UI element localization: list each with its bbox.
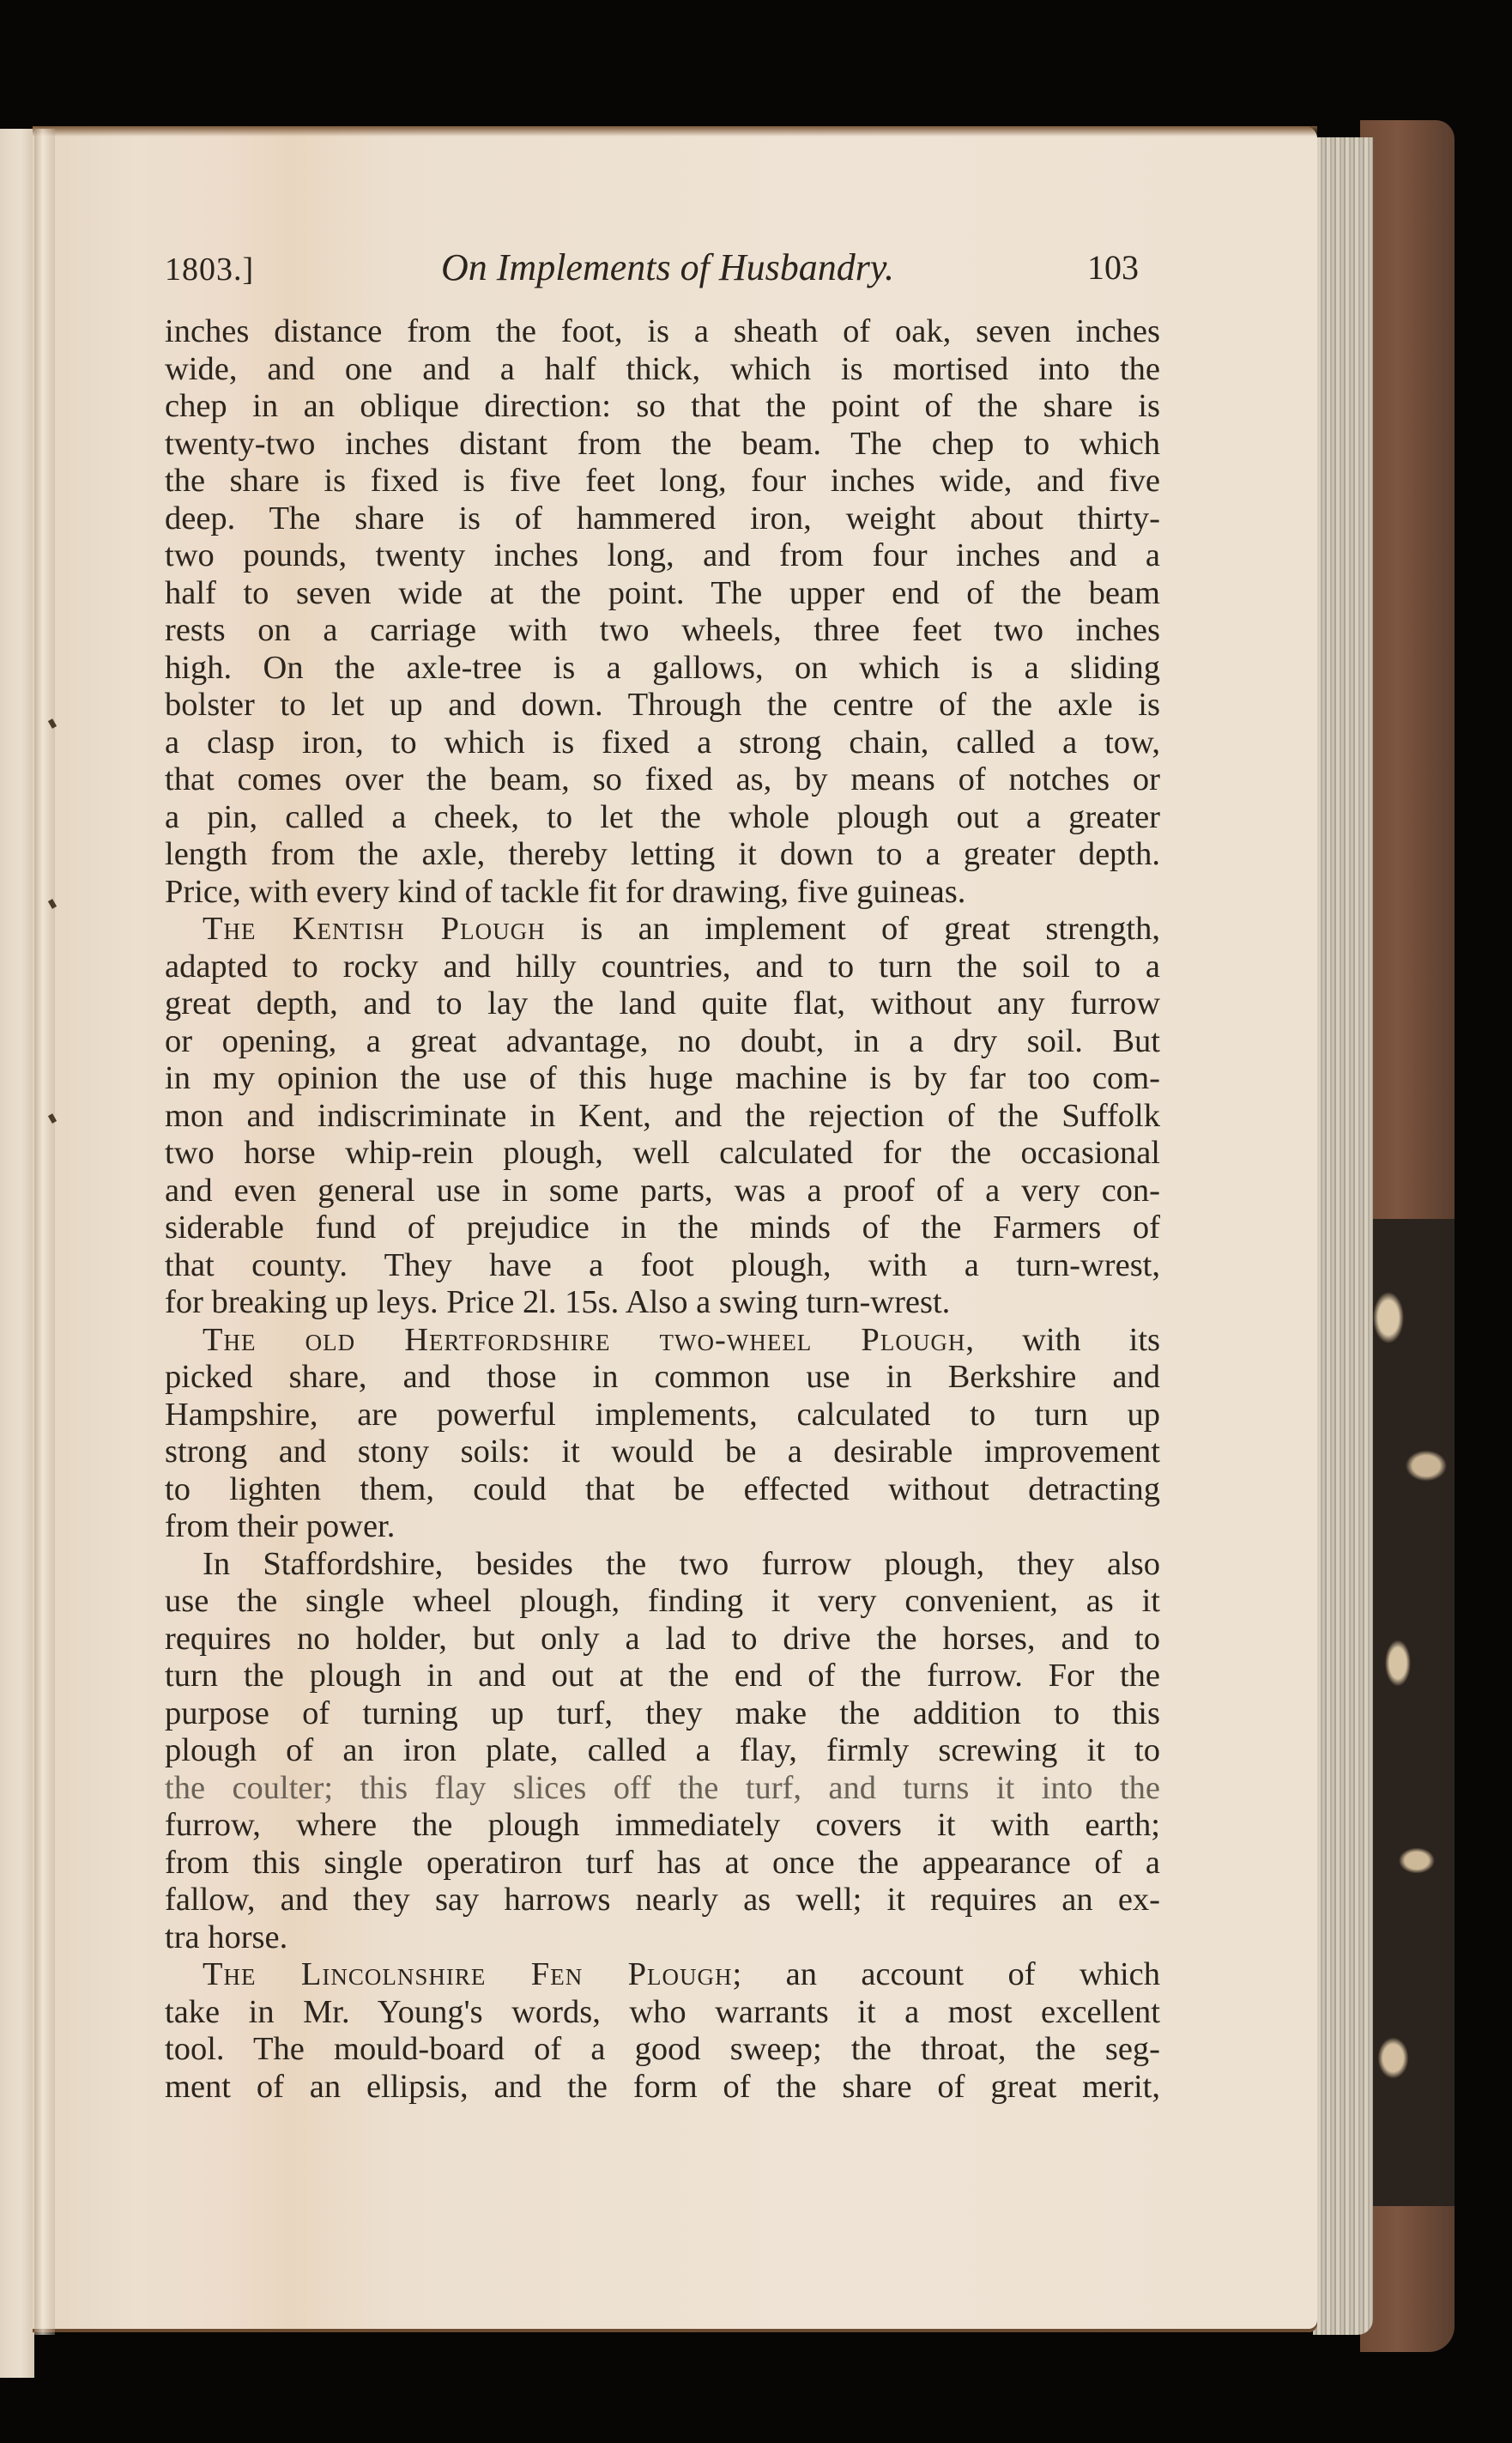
- text-line: two horse whip-rein plough, well calcula…: [165, 1135, 1160, 1173]
- text-line: to lighten them, could that be effected …: [165, 1471, 1160, 1509]
- paragraph-kentish-plough: The Kentish Plough is an implement of gr…: [165, 911, 1160, 1322]
- paragraph-staffordshire: In Staffordshire, besides the two furrow…: [165, 1546, 1160, 1957]
- gutter: [34, 129, 55, 2335]
- text-line: turn the plough in and out at the end of…: [165, 1658, 1160, 1695]
- marbled-board: [1360, 1219, 1455, 2206]
- text-line: tool. The mould-board of a good sweep; t…: [165, 2031, 1160, 2069]
- text-line: inches distance from the foot, is a shea…: [165, 313, 1160, 351]
- book-cover-edge: [1360, 120, 1455, 2352]
- text-line: purpose of turning up turf, they make th…: [165, 1695, 1160, 1733]
- text-line: The Lincolnshire Fen Plough; an account …: [165, 1956, 1160, 1994]
- text-line: tra horse.: [165, 1919, 1160, 1957]
- text-line: and even general use in some parts, was …: [165, 1173, 1160, 1210]
- text-line: chep in an oblique direction: so that th…: [165, 388, 1160, 426]
- section-heading: The old Hertfordshire two-wheel Plough: [203, 1322, 965, 1358]
- text-line: length from the axle, thereby letting it…: [165, 836, 1160, 874]
- text-line: requires no holder, but only a lad to dr…: [165, 1621, 1160, 1658]
- facing-page-edge: [0, 129, 34, 2378]
- running-head: 1803.] On Implements of Husbandry. 103: [165, 242, 1164, 285]
- text-line: that comes over the beam, so fixed as, b…: [165, 761, 1160, 799]
- text-line: deep. The share is of hammered iron, wei…: [165, 500, 1160, 538]
- text-line: a pin, called a cheek, to let the whole …: [165, 799, 1160, 837]
- text-line: high. On the axle-tree is a gallows, on …: [165, 650, 1160, 688]
- text-line: adapted to rocky and hilly countries, an…: [165, 949, 1160, 986]
- text-line: from this single operatiron turf has at …: [165, 1845, 1160, 1882]
- paragraph: inches distance from the foot, is a shea…: [165, 313, 1160, 911]
- text-line: mon and indiscriminate in Kent, and the …: [165, 1098, 1160, 1136]
- text-line: Price, with every kind of tackle fit for…: [165, 874, 1160, 912]
- page-number: 103: [1087, 247, 1139, 288]
- text-line: bolster to let up and down. Through the …: [165, 687, 1160, 724]
- text-line: from their power.: [165, 1508, 1160, 1546]
- page-fore-edges: [1313, 137, 1373, 2335]
- text-run: is an implement of great strength,: [546, 911, 1160, 947]
- section-heading: The Lincolnshire Fen Plough: [203, 1956, 733, 1992]
- text-line: The Kentish Plough is an implement of gr…: [165, 911, 1160, 949]
- text-line: take in Mr. Young's words, who warrants …: [165, 1994, 1160, 2032]
- text-line: siderable fund of prejudice in the minds…: [165, 1209, 1160, 1247]
- text-line: the coulter; this flay slices off the tu…: [165, 1770, 1160, 1808]
- text-line: The old Hertfordshire two-wheel Plough, …: [165, 1322, 1160, 1360]
- text-line: strong and stony soils: it would be a de…: [165, 1434, 1160, 1471]
- text-line: or opening, a great advantage, no doubt,…: [165, 1023, 1160, 1061]
- text-line: plough of an iron plate, called a flay, …: [165, 1732, 1160, 1770]
- text-line: great depth, and to lay the land quite f…: [165, 985, 1160, 1023]
- text-line: half to seven wide at the point. The upp…: [165, 575, 1160, 613]
- text-line: rests on a carriage with two wheels, thr…: [165, 612, 1160, 650]
- running-head-title: On Implements of Husbandry.: [441, 246, 894, 289]
- text-line: for breaking up leys. Price 2l. 15s. Als…: [165, 1284, 1160, 1322]
- text-line: furrow, where the plough immediately cov…: [165, 1807, 1160, 1845]
- text-line: twenty-two inches distant from the beam.…: [165, 426, 1160, 464]
- text-line: fallow, and they say harrows nearly as w…: [165, 1882, 1160, 1919]
- text-line: use the single wheel plough, finding it …: [165, 1583, 1160, 1621]
- text-line: two pounds, twenty inches long, and from…: [165, 537, 1160, 575]
- text-line: a clasp iron, to which is fixed a strong…: [165, 724, 1160, 762]
- paragraph-lincolnshire-fen-plough: The Lincolnshire Fen Plough; an account …: [165, 1956, 1160, 2106]
- paragraph-hertfordshire-plough: The old Hertfordshire two-wheel Plough, …: [165, 1322, 1160, 1546]
- text-line: In Staffordshire, besides the two furrow…: [165, 1546, 1160, 1584]
- text-line: the share is fixed is five feet long, fo…: [165, 463, 1160, 500]
- text-line: ment of an ellipsis, and the form of the…: [165, 2069, 1160, 2107]
- body-text: inches distance from the foot, is a shea…: [165, 313, 1160, 2106]
- text-run: , with its: [965, 1322, 1160, 1358]
- text-line: that county. They have a foot plough, wi…: [165, 1247, 1160, 1285]
- text-line: in my opinion the use of this huge machi…: [165, 1060, 1160, 1098]
- section-heading: The Kentish Plough: [203, 911, 546, 947]
- text-line: picked share, and those in common use in…: [165, 1359, 1160, 1397]
- running-head-year: 1803.]: [165, 251, 254, 288]
- text-run: ; an account of which: [733, 1956, 1161, 1992]
- text-line: Hampshire, are powerful implements, calc…: [165, 1397, 1160, 1434]
- text-line: wide, and one and a half thick, which is…: [165, 351, 1160, 389]
